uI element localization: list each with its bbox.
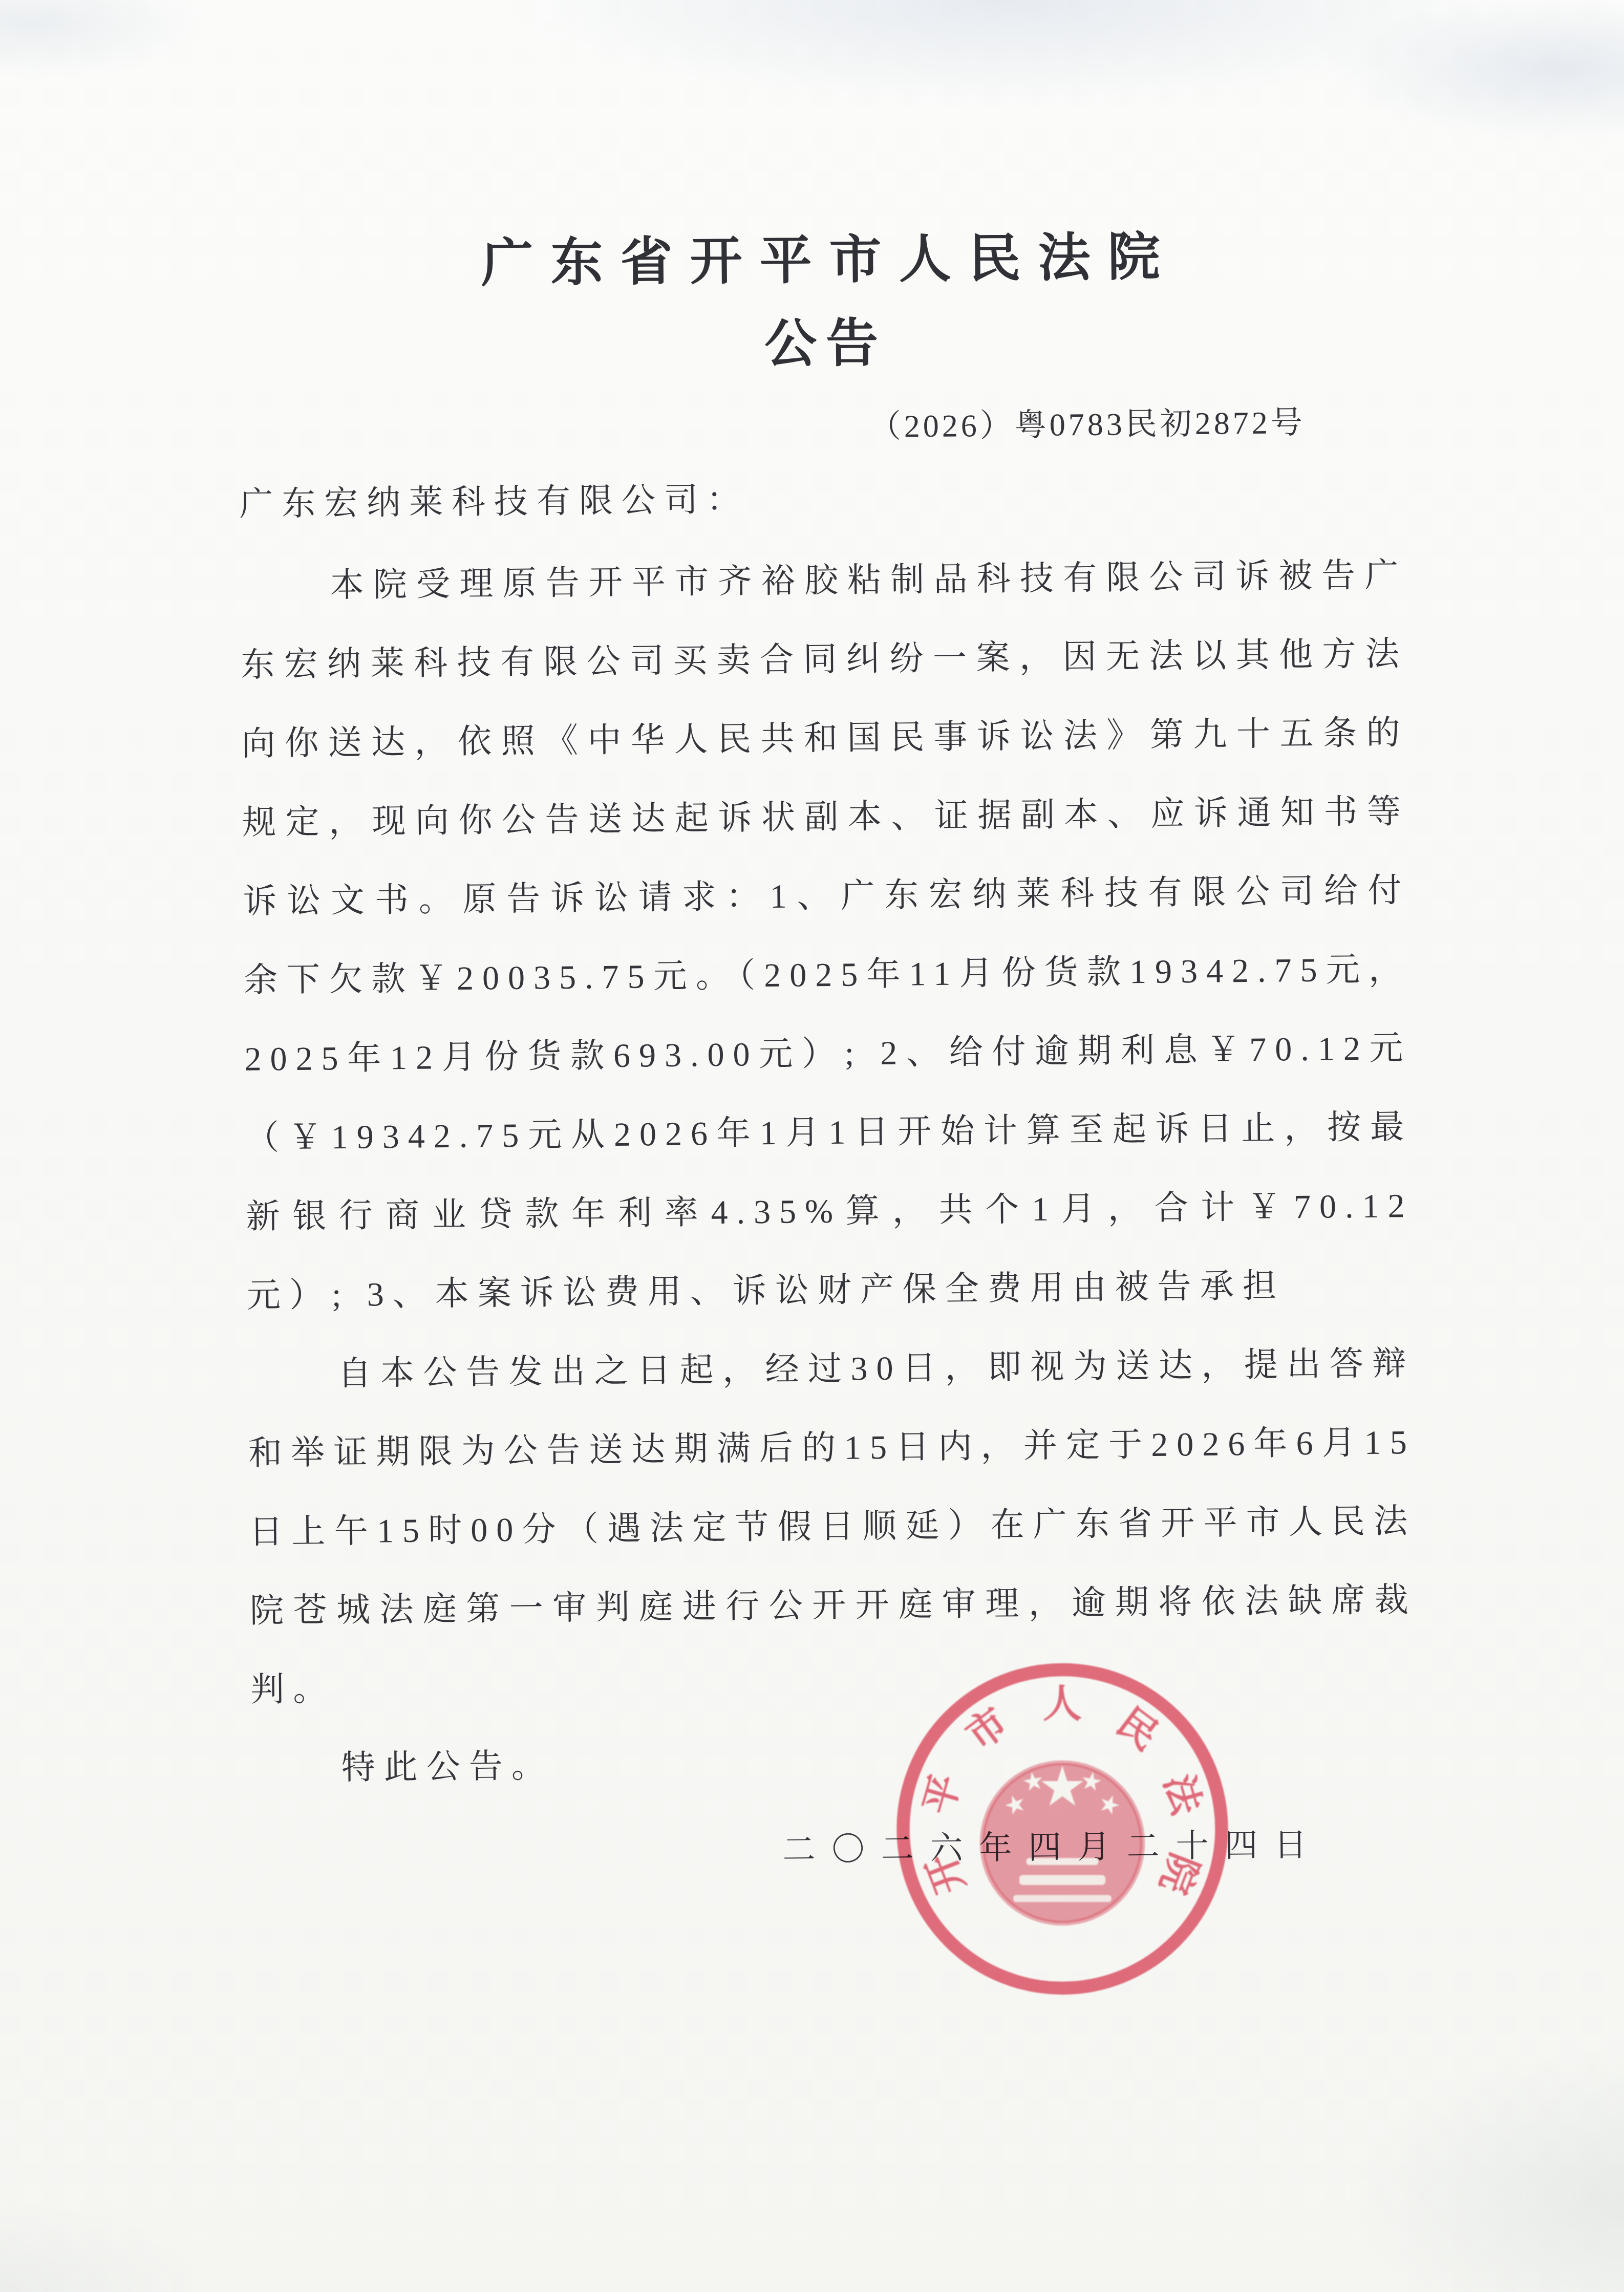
seal-arc-character: 院 (1151, 1848, 1206, 1899)
scanned-court-announcement-page: 广东省开平市人民法院 公告 （2026）粤0783民初2872号 广东宏纳莱科技… (0, 0, 1624, 2292)
seal-arc-character: 法 (1156, 1770, 1208, 1819)
case-number: （2026）粤0783民初2872号 (238, 399, 1406, 456)
claims-paragraph: 本院受理原告开平市齐裕胶粘制品科技有限公司诉被告广东宏纳莱科技有限公司买卖合同纠… (240, 536, 1415, 1336)
seal-arc-character: 开 (919, 1848, 973, 1899)
emblem-gate-roof (1027, 1858, 1099, 1865)
seal-arc-character: 民 (1109, 1701, 1166, 1759)
document-content: 广东省开平市人民法院 公告 （2026）粤0783民初2872号 广东宏纳莱科技… (237, 220, 1420, 1883)
addressee-line: 广东宏纳莱科技有限公司： (239, 465, 1407, 533)
court-seal: 开 平 市 人 民 法 院 (888, 1659, 1236, 1999)
seal-arc-character: 人 (1043, 1683, 1082, 1726)
seal-arc-character: 平 (916, 1770, 969, 1819)
emblem-gate-base (1013, 1895, 1112, 1902)
court-name-title: 广东省开平市人民法院 (237, 220, 1404, 303)
seal-national-emblem (982, 1763, 1143, 1923)
announcement-title: 公告 (238, 306, 1405, 383)
emblem-gate-body (1019, 1875, 1105, 1885)
hearing-paragraph: 自本公告发出之日起，经过30日，即视为送达，提出答辩和举证期限为公告送达期满后的… (247, 1324, 1418, 1730)
seal-arc-character: 市 (959, 1701, 1016, 1759)
issue-date: 二〇二六年四月二十四日 (252, 1816, 1420, 1883)
closing-line: 特此公告。 (251, 1719, 1419, 1809)
